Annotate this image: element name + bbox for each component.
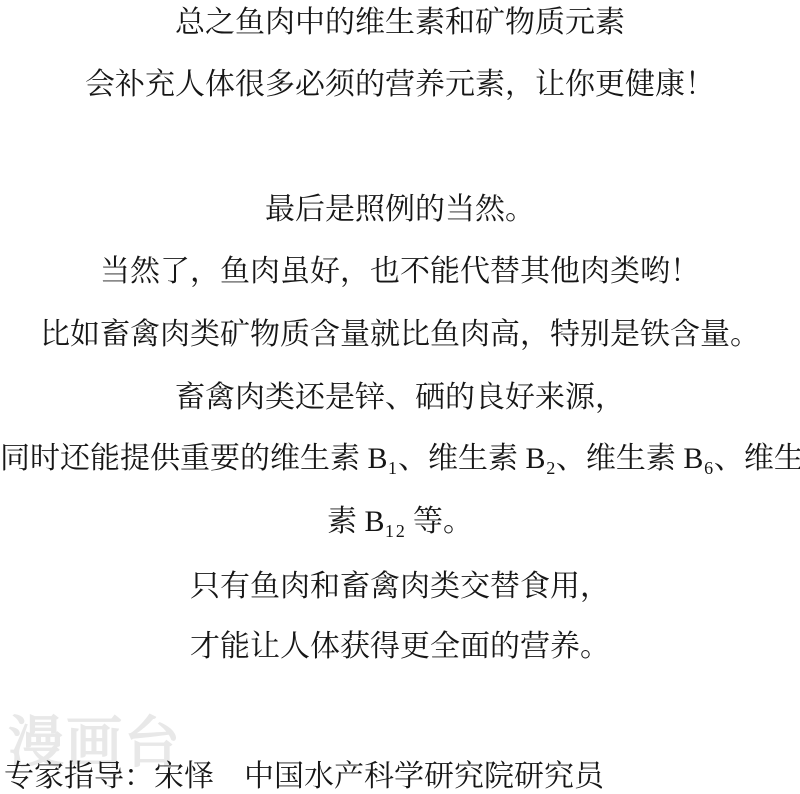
comic-text-page: 总之鱼肉中的维生素和矿物质元素 会补充人体很多必须的营养元素，让你更健康！ 最后… (0, 0, 800, 794)
text-line-2: 会补充人体很多必须的营养元素，让你更健康！ (0, 69, 800, 101)
expert-credit-line: 专家指导：宋怿 中国水产科学研究院研究员 (4, 761, 800, 793)
text-line-6: 畜禽肉类还是锌、硒的良好来源， (0, 382, 800, 414)
text-line-7: 同时还能提供重要的维生素 B₁、维生素 B₂、维生素 B₆、维生 (0, 443, 800, 475)
text-line-4: 当然了，鱼肉虽好，也不能代替其他肉类哟！ (0, 256, 800, 288)
text-line-3: 最后是照例的当然。 (0, 194, 800, 226)
text-line-8: 素 B₁₂ 等。 (0, 506, 800, 538)
text-line-1: 总之鱼肉中的维生素和矿物质元素 (0, 7, 800, 39)
text-line-5: 比如畜禽肉类矿物质含量就比鱼肉高，特别是铁含量。 (0, 319, 800, 351)
text-line-10: 才能让人体获得更全面的营养。 (0, 631, 800, 663)
text-line-9: 只有鱼肉和畜禽肉类交替食用， (0, 571, 800, 603)
